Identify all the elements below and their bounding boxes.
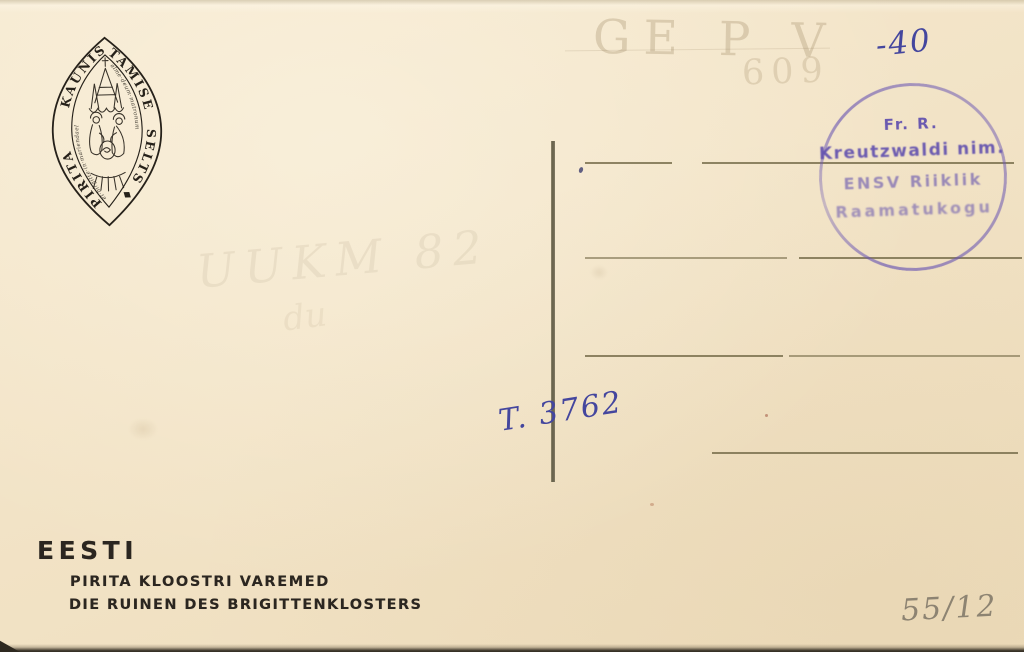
ghost-impression-line1: UUKM 82 [194, 219, 493, 299]
scan-top-edge [0, 0, 1024, 13]
pirita-society-seal-icon: PIRITA KAUNISTAMISE SELTS ♦ et·birgitte·… [37, 32, 176, 230]
paper-speck [765, 414, 768, 417]
caption-title-german: DIE RUINEN DES BRIGITTENKLOSTERS [69, 597, 422, 613]
library-stamp: Fr. R. Kreutzwaldi nim. ENSV Riiklik Raa… [816, 80, 1010, 274]
address-rule-4 [712, 452, 1018, 454]
address-rule-2a [585, 257, 787, 259]
ghost-impression-line2: du [281, 294, 329, 339]
ink-dot [578, 166, 584, 173]
pencil-note-bottom-right: 55/12 [900, 588, 998, 628]
ink-note-top-right: -40 [874, 22, 933, 64]
paper-smudge [128, 418, 158, 440]
svg-text:KAUNISTAMISE: KAUNISTAMISE [56, 39, 157, 115]
address-rule-3a [585, 355, 783, 357]
paper-smudge [590, 265, 608, 280]
ink-inventory-number: T. 3762 [496, 385, 625, 439]
scan-bottom-edge [0, 644, 1024, 652]
paper-speck [650, 503, 654, 506]
postcard-back: UUKM 82 du PIRITA KAUNISTAMISE SELTS ♦ e… [0, 0, 1024, 652]
address-rule-1a [585, 162, 672, 164]
address-rule-3b [789, 355, 1020, 357]
seal-ring-word-2: KAUNISTAMISE [56, 39, 157, 115]
caption-title-estonian: PIRITA KLOOSTRI VAREMED [70, 574, 330, 590]
caption-country: EESTI [37, 536, 138, 565]
